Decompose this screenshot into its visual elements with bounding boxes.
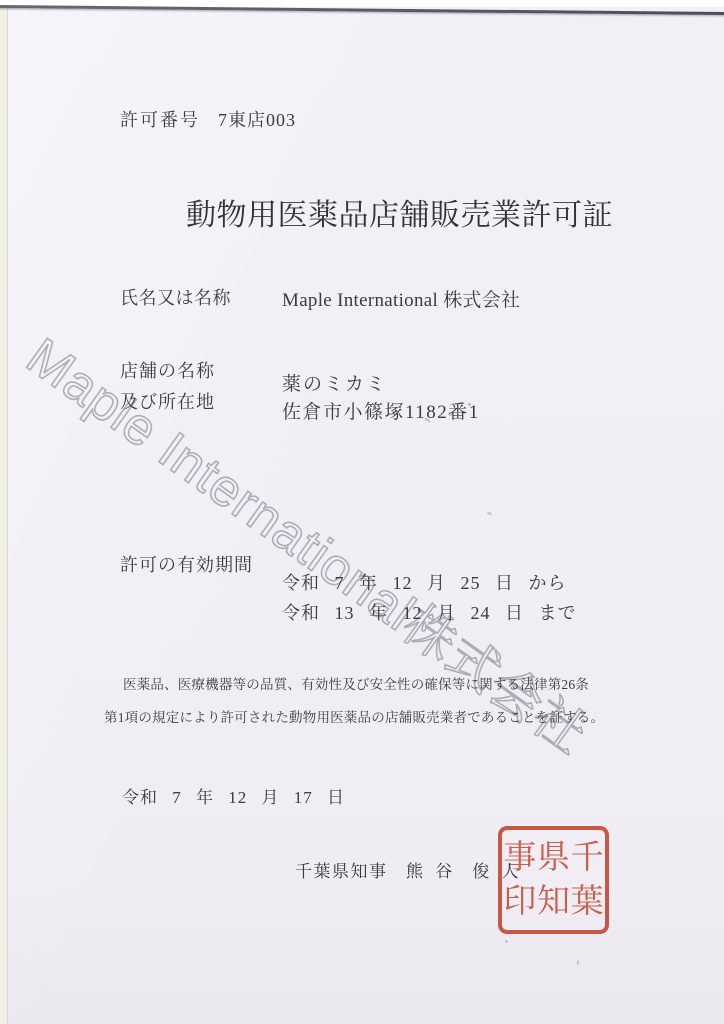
seal-character: 葉 [571, 880, 604, 924]
certification-statement-line1: 医薬品、医療機器等の品質、有効性及び安全性の確保等に関する法律第26条 [123, 673, 589, 693]
certification-statement-line2: 第1項の規定により許可された動物用医薬品の店舗販売業者であることを証する。 [104, 706, 604, 726]
scan-speck [505, 940, 508, 943]
scan-speck [577, 960, 579, 965]
scanner-left-edge [0, 7, 8, 1024]
store-name-label-line2: 及び所在地 [120, 388, 215, 414]
permit-number-value: 7東店003 [218, 106, 296, 132]
seal-column-middle: 県知 [537, 836, 570, 924]
store-name-value: 薬のミカミ [282, 369, 387, 396]
seal-character: 県 [537, 836, 570, 880]
document-title: 動物用医薬品店舗販売業許可証 [186, 190, 613, 234]
issue-date: 令和 7 年 12 月 17 日 [122, 783, 345, 808]
validity-from-date: 令和 7 年 12 月 25 日 から [282, 569, 567, 595]
seal-character: 知 [537, 880, 570, 924]
holder-name-value: Maple International 株式会社 [282, 285, 520, 312]
validity-period-label: 許可の有効期間 [120, 551, 253, 577]
holder-name-label: 氏名又は名称 [120, 284, 231, 310]
seal-column-right: 千葉 [571, 836, 604, 924]
store-name-label-line1: 店舗の名称 [120, 357, 215, 383]
validity-to-date: 令和 13 年 12 月 24 日 まで [282, 599, 577, 625]
scanned-document-page: Maple International株式会社 許可番号 7東店003 動物用医… [0, 0, 724, 1024]
scan-speck [448, 412, 453, 416]
store-address-value: 佐倉市小篠塚1182番1 [282, 397, 480, 424]
scan-speck [468, 403, 471, 406]
permit-number-label: 許可番号 [120, 106, 200, 132]
seal-character: 千 [571, 836, 604, 880]
seal-character: 印 [503, 880, 536, 924]
issuer-governor-name: 千葉県知事 熊 谷 俊 人 [295, 857, 520, 882]
